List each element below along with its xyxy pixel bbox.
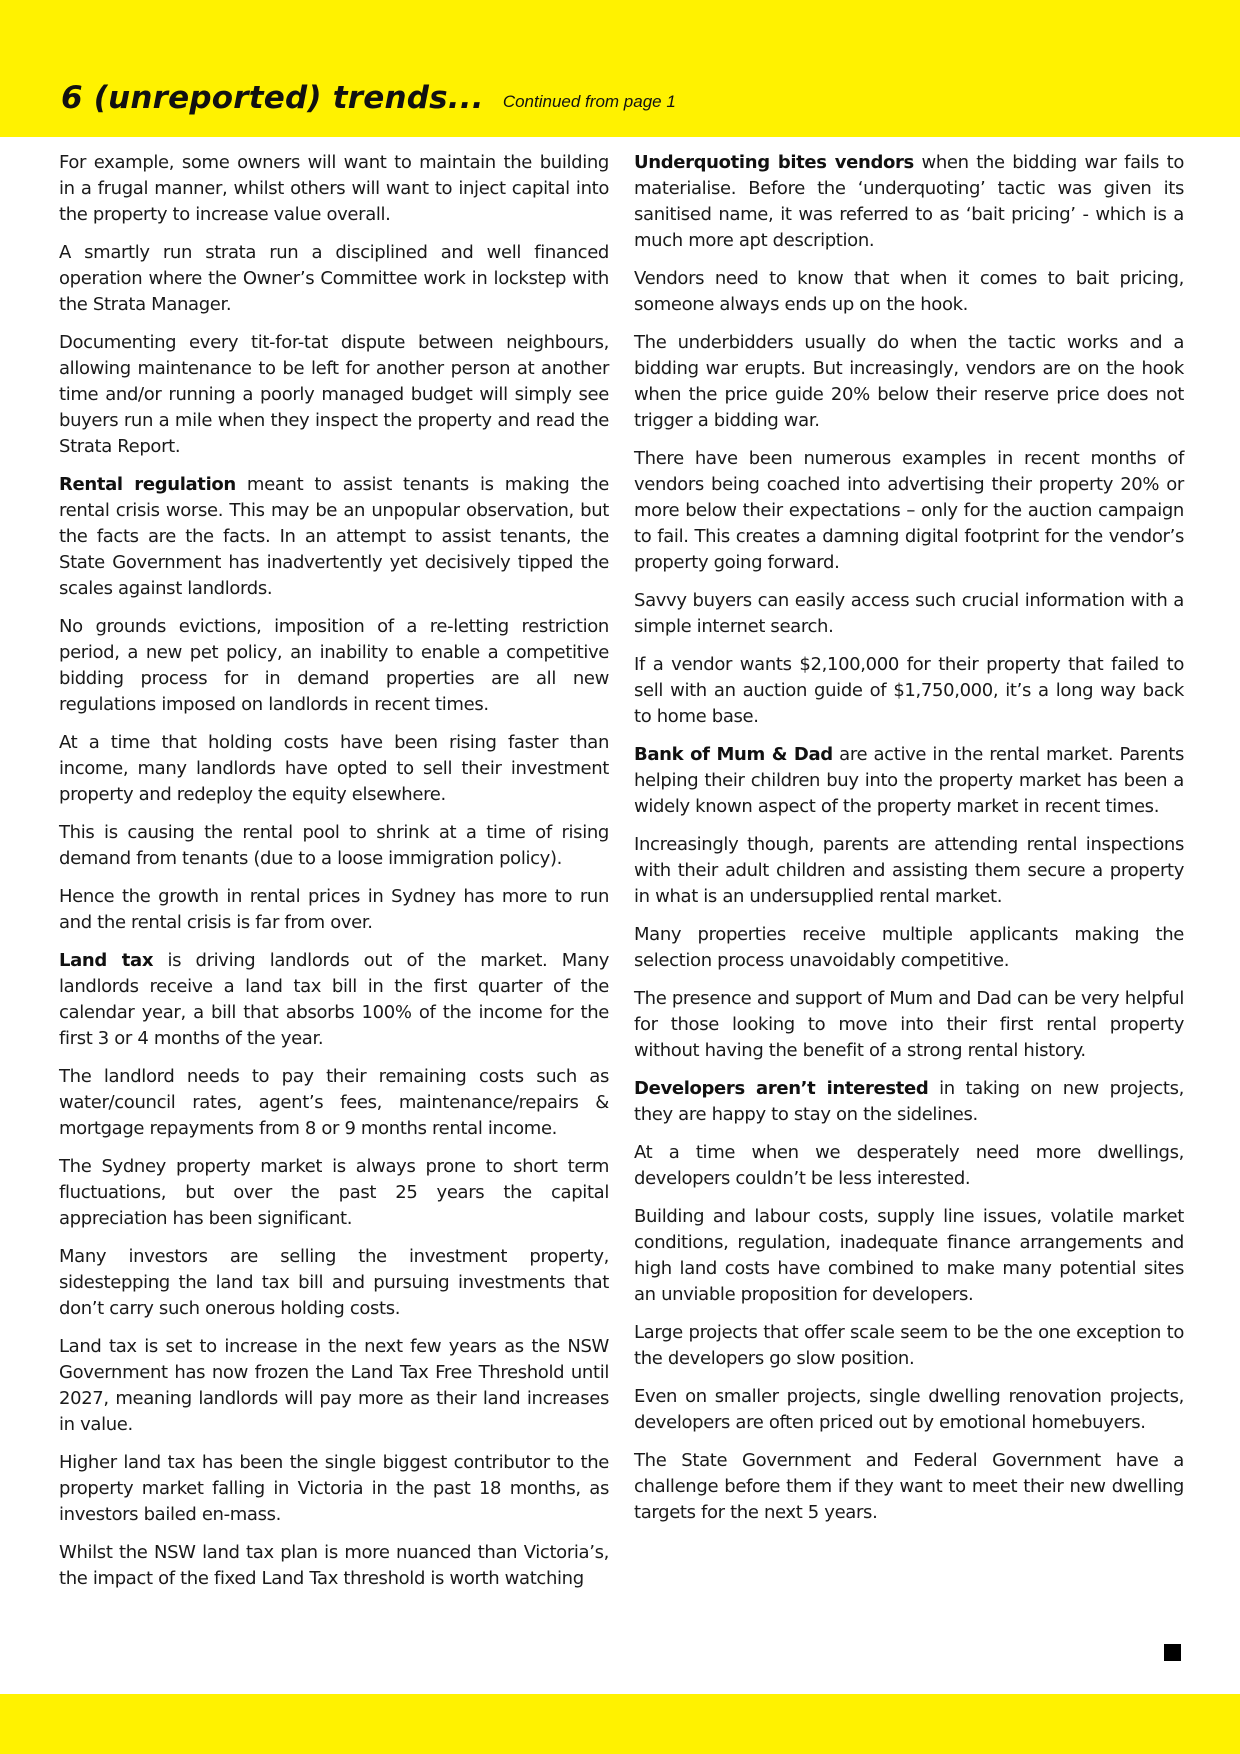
paragraph: The presence and support of Mum and Dad … [634, 986, 1184, 1064]
title-row: 6 (unreported) trends... Continued from … [61, 80, 676, 116]
paragraph-text: Higher land tax has been the single bigg… [59, 1452, 609, 1525]
paragraph: At a time that holding costs have been r… [59, 730, 609, 808]
paragraph: At a time when we desperately need more … [634, 1140, 1184, 1192]
paragraph-text: The presence and support of Mum and Dad … [634, 988, 1184, 1061]
paragraph-text: The underbidders usually do when the tac… [634, 332, 1184, 431]
paragraph-text: No grounds evictions, imposition of a re… [59, 616, 609, 715]
paragraph-text: Hence the growth in rental prices in Syd… [59, 886, 609, 933]
paragraph: This is causing the rental pool to shrin… [59, 820, 609, 872]
paragraph-text: There have been numerous examples in rec… [634, 448, 1184, 573]
paragraph-text: Whilst the NSW land tax plan is more nua… [59, 1542, 609, 1589]
paragraph: Hence the growth in rental prices in Syd… [59, 884, 609, 936]
paragraph-text: Even on smaller projects, single dwellin… [634, 1386, 1184, 1433]
paragraph-lead: Developers aren’t interested [634, 1078, 928, 1099]
paragraph-text: The landlord needs to pay their remainin… [59, 1066, 609, 1139]
paragraph: The underbidders usually do when the tac… [634, 330, 1184, 434]
paragraph-text: Large projects that offer scale seem to … [634, 1322, 1184, 1369]
paragraph: No grounds evictions, imposition of a re… [59, 614, 609, 718]
paragraph-text: Many investors are selling the investmen… [59, 1246, 609, 1319]
paragraph: Bank of Mum & Dad are active in the rent… [634, 742, 1184, 820]
paragraph: There have been numerous examples in rec… [634, 446, 1184, 576]
paragraph-text: This is causing the rental pool to shrin… [59, 822, 609, 869]
paragraph: For example, some owners will want to ma… [59, 150, 609, 228]
paragraph: Developers aren’t interested in taking o… [634, 1076, 1184, 1128]
paragraph-text: The Sydney property market is always pro… [59, 1156, 609, 1229]
end-of-article-square-icon [1164, 1644, 1181, 1661]
continued-note: Continued from page 1 [503, 92, 676, 111]
paragraph: Many investors are selling the investmen… [59, 1244, 609, 1322]
paragraph-lead: Rental regulation [59, 474, 236, 495]
paragraph-text: At a time when we desperately need more … [634, 1142, 1184, 1189]
paragraph: Land tax is driving landlords out of the… [59, 948, 609, 1052]
paragraph: Land tax is set to increase in the next … [59, 1334, 609, 1438]
paragraph: Whilst the NSW land tax plan is more nua… [59, 1540, 609, 1592]
paragraph-text: For example, some owners will want to ma… [59, 152, 609, 225]
paragraph-text: If a vendor wants $2,100,000 for their p… [634, 654, 1184, 727]
paragraph: The landlord needs to pay their remainin… [59, 1064, 609, 1142]
paragraph-text: Many properties receive multiple applica… [634, 924, 1184, 971]
paragraph-text: The State Government and Federal Governm… [634, 1450, 1184, 1523]
paragraph: If a vendor wants $2,100,000 for their p… [634, 652, 1184, 730]
page-title: 6 (unreported) trends... [61, 80, 484, 116]
paragraph: The Sydney property market is always pro… [59, 1154, 609, 1232]
header-band: 6 (unreported) trends... Continued from … [0, 0, 1240, 137]
paragraph-text: Land tax is set to increase in the next … [59, 1336, 609, 1435]
paragraph-text: Documenting every tit-for-tat dispute be… [59, 332, 609, 457]
right-column: Underquoting bites vendors when the bidd… [634, 150, 1184, 1538]
paragraph: Many properties receive multiple applica… [634, 922, 1184, 974]
paragraph-lead: Bank of Mum & Dad [634, 744, 833, 765]
paragraph-text: Vendors need to know that when it comes … [634, 268, 1184, 315]
paragraph: Increasingly though, parents are attendi… [634, 832, 1184, 910]
footer-band [0, 1694, 1240, 1754]
paragraph: Documenting every tit-for-tat dispute be… [59, 330, 609, 460]
paragraph-lead: Land tax [59, 950, 153, 971]
paragraph: The State Government and Federal Governm… [634, 1448, 1184, 1526]
paragraph-text: Building and labour costs, supply line i… [634, 1206, 1184, 1305]
paragraph: Rental regulation meant to assist tenant… [59, 472, 609, 602]
paragraph-text: At a time that holding costs have been r… [59, 732, 609, 805]
paragraph: Even on smaller projects, single dwellin… [634, 1384, 1184, 1436]
left-column: For example, some owners will want to ma… [59, 150, 609, 1604]
paragraph-text: Increasingly though, parents are attendi… [634, 834, 1184, 907]
paragraph: Underquoting bites vendors when the bidd… [634, 150, 1184, 254]
paragraph-text: Savvy buyers can easily access such cruc… [634, 590, 1184, 637]
paragraph: Large projects that offer scale seem to … [634, 1320, 1184, 1372]
paragraph: Higher land tax has been the single bigg… [59, 1450, 609, 1528]
paragraph-lead: Underquoting bites vendors [634, 152, 914, 173]
paragraph-text: A smartly run strata run a disciplined a… [59, 242, 609, 315]
paragraph: Vendors need to know that when it comes … [634, 266, 1184, 318]
paragraph: Building and labour costs, supply line i… [634, 1204, 1184, 1308]
paragraph: A smartly run strata run a disciplined a… [59, 240, 609, 318]
paragraph: Savvy buyers can easily access such cruc… [634, 588, 1184, 640]
